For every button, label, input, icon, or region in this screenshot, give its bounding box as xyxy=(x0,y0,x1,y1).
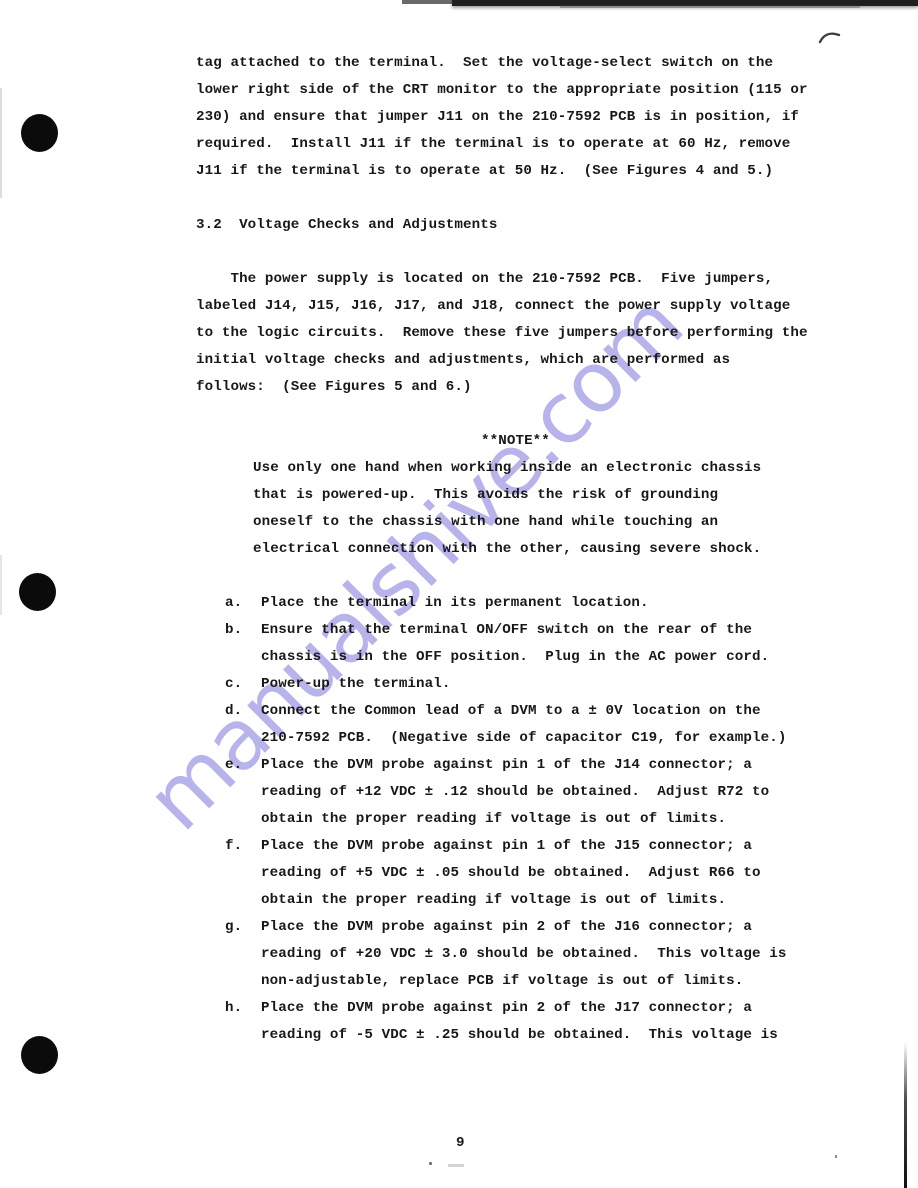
paragraph-installation: tag attached to the terminal. Set the vo… xyxy=(196,50,808,185)
list-item-label: b. xyxy=(225,617,261,644)
note-body: Use only one hand when working inside an… xyxy=(253,455,761,563)
pen-mark-icon xyxy=(818,30,842,46)
list-item-text: Place the DVM probe against pin 2 of the… xyxy=(261,995,778,1049)
list-item: b.Ensure that the terminal ON/OFF switch… xyxy=(225,617,786,671)
note-title: **NOTE** xyxy=(481,428,550,455)
hole-punch-icon xyxy=(19,573,56,611)
list-item-text: Place the terminal in its permanent loca… xyxy=(261,590,649,617)
list-item-label: d. xyxy=(225,698,261,725)
scanned-manual-page: manualshive.com tag attached to the term… xyxy=(0,0,918,1188)
scan-speck xyxy=(835,1155,837,1158)
list-item: d.Connect the Common lead of a DVM to a … xyxy=(225,698,786,752)
scan-artifact-left-edge xyxy=(0,88,2,198)
scan-artifact-right-edge-line xyxy=(904,1042,907,1188)
list-item-label: a. xyxy=(225,590,261,617)
list-item-text: Place the DVM probe against pin 2 of the… xyxy=(261,914,786,995)
list-item-text: Place the DVM probe against pin 1 of the… xyxy=(261,752,769,833)
list-item-text: Connect the Common lead of a DVM to a ± … xyxy=(261,698,786,752)
list-item: g.Place the DVM probe against pin 2 of t… xyxy=(225,914,786,995)
list-item-label: g. xyxy=(225,914,261,941)
list-item-label: f. xyxy=(225,833,261,860)
list-item: h.Place the DVM probe against pin 2 of t… xyxy=(225,995,786,1049)
paragraph-power-supply: The power supply is located on the 210-7… xyxy=(196,266,808,401)
scan-artifact-top-bar-tail xyxy=(560,5,860,8)
list-item: a.Place the terminal in its permanent lo… xyxy=(225,590,786,617)
list-item-label: h. xyxy=(225,995,261,1022)
list-item-text: Power-up the terminal. xyxy=(261,671,451,698)
section-heading: 3.2 Voltage Checks and Adjustments xyxy=(196,212,498,239)
scan-artifact-left-edge-2 xyxy=(0,555,2,615)
hole-punch-icon xyxy=(21,1036,58,1074)
list-item: e.Place the DVM probe against pin 1 of t… xyxy=(225,752,786,833)
scan-speck xyxy=(429,1162,432,1165)
list-item-text: Place the DVM probe against pin 1 of the… xyxy=(261,833,761,914)
list-item-label: c. xyxy=(225,671,261,698)
list-item: c.Power-up the terminal. xyxy=(225,671,786,698)
procedure-list: a.Place the terminal in its permanent lo… xyxy=(225,590,786,1049)
list-item: f.Place the DVM probe against pin 1 of t… xyxy=(225,833,786,914)
list-item-text: Ensure that the terminal ON/OFF switch o… xyxy=(261,617,769,671)
list-item-label: e. xyxy=(225,752,261,779)
hole-punch-icon xyxy=(21,114,58,152)
scan-smudge xyxy=(448,1164,464,1167)
page-number: 9 xyxy=(456,1130,465,1157)
